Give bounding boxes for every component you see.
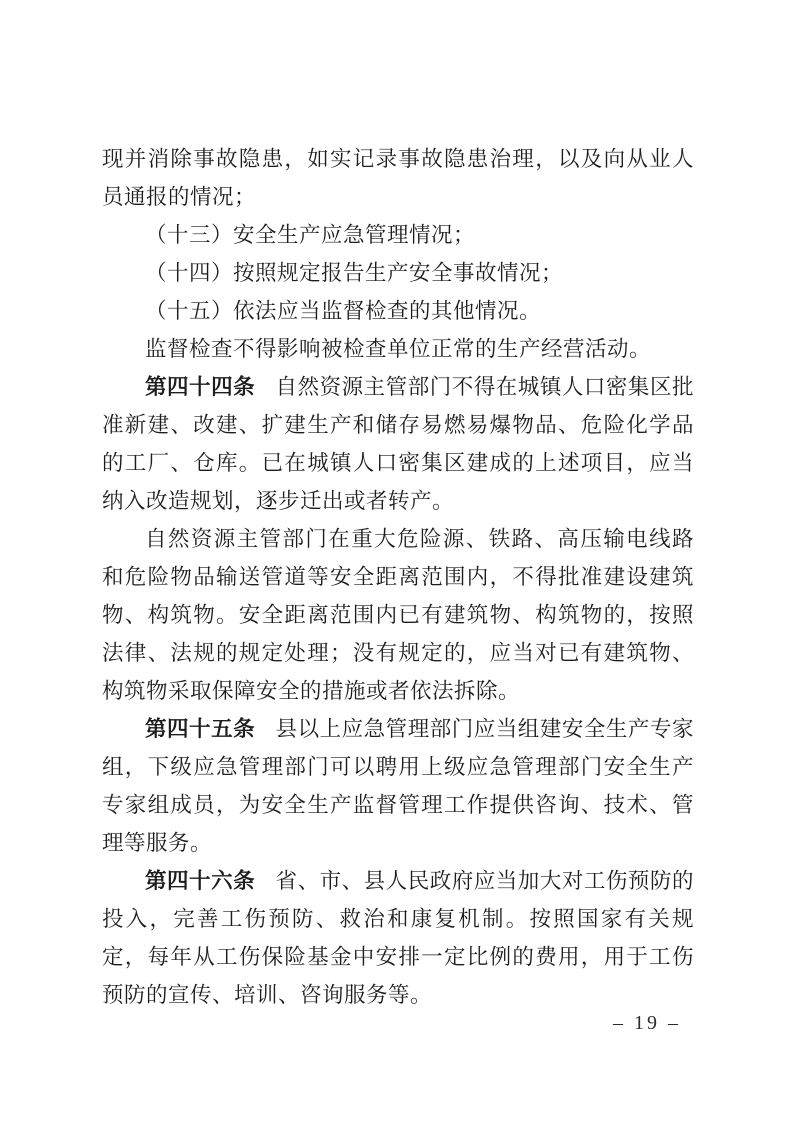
paragraph: （十三）安全生产应急管理情况； [102, 216, 694, 254]
page-footer: – 19 – [613, 1012, 681, 1035]
paragraph-article-46: 第四十六条省、市、县人民政府应当加大对工伤预防的投入，完善工伤预防、救治和康复机… [102, 862, 694, 1014]
paragraph: 现并消除事故隐患，如实记录事故隐患治理，以及向从业人员通报的情况； [102, 140, 694, 216]
paragraph: 自然资源主管部门在重大危险源、铁路、高压输电线路和危险物品输送管道等安全距离范围… [102, 520, 694, 710]
paragraph-article-44: 第四十四条自然资源主管部门不得在城镇人口密集区批准新建、改建、扩建生产和储存易燃… [102, 368, 694, 520]
paragraph: （十四）按照规定报告生产安全事故情况； [102, 254, 694, 292]
article-number-label: 第四十四条 [145, 375, 255, 399]
article-number-label: 第四十六条 [145, 869, 255, 893]
paragraph-text: （十四）按照规定报告生产安全事故情况； [145, 261, 563, 285]
paragraph: 监督检查不得影响被检查单位正常的生产经营活动。 [102, 330, 694, 368]
paragraph-article-45: 第四十五条县以上应急管理部门应当组建安全生产专家组，下级应急管理部门可以聘用上级… [102, 710, 694, 862]
paragraph-text: 自然资源主管部门在重大危险源、铁路、高压输电线路和危险物品输送管道等安全距离范围… [102, 527, 694, 703]
document-body: 现并消除事故隐患，如实记录事故隐患治理，以及向从业人员通报的情况； （十三）安全… [102, 140, 694, 1014]
document-page: 现并消除事故隐患，如实记录事故隐患治理，以及向从业人员通报的情况； （十三）安全… [0, 0, 793, 1122]
paragraph: （十五）依法应当监督检查的其他情况。 [102, 292, 694, 330]
page-number: – 19 – [613, 1012, 681, 1034]
paragraph-text: （十三）安全生产应急管理情况； [145, 223, 475, 247]
paragraph-text: 现并消除事故隐患，如实记录事故隐患治理，以及向从业人员通报的情况； [102, 147, 694, 209]
paragraph-text: （十五）依法应当监督检查的其他情况。 [145, 299, 541, 323]
article-number-label: 第四十五条 [145, 717, 255, 741]
paragraph-text: 监督检查不得影响被检查单位正常的生产经营活动。 [145, 337, 651, 361]
